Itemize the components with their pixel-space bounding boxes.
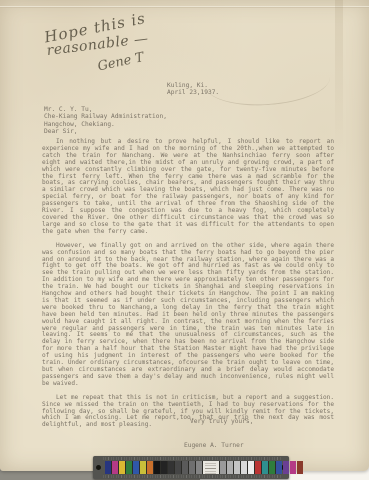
recipient-city: Hangchow, Chekiang. bbox=[44, 121, 167, 128]
recipient-org: Che-Kiang Railway Administration, bbox=[44, 113, 167, 120]
letter-body: In nothing but a desire to prove helpful… bbox=[42, 139, 334, 436]
color-patch bbox=[133, 461, 139, 474]
color-patch bbox=[119, 461, 125, 474]
color-patch bbox=[269, 461, 275, 474]
grayscale-light-patches bbox=[220, 461, 254, 474]
color-patch bbox=[248, 461, 254, 474]
color-patch bbox=[161, 461, 167, 474]
color-patch bbox=[290, 461, 296, 474]
color-patch bbox=[140, 461, 146, 474]
color-patch bbox=[196, 461, 202, 474]
color-patch bbox=[154, 461, 160, 474]
paragraph-1: In nothing but a desire to prove helpful… bbox=[42, 139, 334, 236]
dateline: Kuling, Ki. April 23,1937. bbox=[167, 82, 219, 97]
letter-paper: Hope this is reasonable — Gene T Kuling,… bbox=[0, 0, 369, 471]
color-patch bbox=[227, 461, 233, 474]
color-patch bbox=[182, 461, 188, 474]
color-patch bbox=[276, 461, 282, 474]
color-patches-right bbox=[255, 461, 303, 474]
color-patch bbox=[112, 461, 118, 474]
color-patch bbox=[105, 461, 111, 474]
paragraph-2: However, we finally got on and arrived o… bbox=[42, 243, 334, 388]
color-patch bbox=[189, 461, 195, 474]
grayscale-dark-patches bbox=[154, 461, 202, 474]
recipient-name: Mr. C. Y. Tu, bbox=[44, 106, 167, 113]
paragraph-3: Let me repeat that this is not in critic… bbox=[42, 395, 334, 430]
color-patch bbox=[262, 461, 268, 474]
color-control-patches bbox=[105, 461, 277, 474]
color-patch bbox=[297, 461, 303, 474]
color-patch bbox=[168, 461, 174, 474]
bar-hole-icon bbox=[96, 465, 101, 470]
calibration-bar bbox=[93, 456, 289, 479]
color-patches-left bbox=[105, 461, 153, 474]
paper-stain-streak bbox=[335, 0, 343, 150]
color-patch bbox=[147, 461, 153, 474]
color-patch bbox=[234, 461, 240, 474]
dateline-date: April 23,1937. bbox=[167, 89, 219, 96]
closing-line: Very truly yours, bbox=[190, 418, 253, 425]
color-patch bbox=[283, 461, 289, 474]
scanned-letter-page: Hope this is reasonable — Gene T Kuling,… bbox=[0, 0, 369, 480]
recipient-address: Mr. C. Y. Tu, Che-Kiang Railway Administ… bbox=[44, 106, 167, 136]
handwritten-note: Hope this is reasonable — Gene T bbox=[43, 3, 200, 80]
salutation: Dear Sir, bbox=[44, 128, 167, 135]
color-patch bbox=[220, 461, 226, 474]
color-patch bbox=[126, 461, 132, 474]
dateline-place: Kuling, Ki. bbox=[167, 82, 219, 89]
color-patch bbox=[175, 461, 181, 474]
paper-crease-arc bbox=[204, 54, 332, 110]
color-patch bbox=[255, 461, 261, 474]
calibration-label bbox=[203, 461, 219, 474]
typed-signature: Eugene A. Turner bbox=[184, 442, 244, 449]
color-patch bbox=[241, 461, 247, 474]
